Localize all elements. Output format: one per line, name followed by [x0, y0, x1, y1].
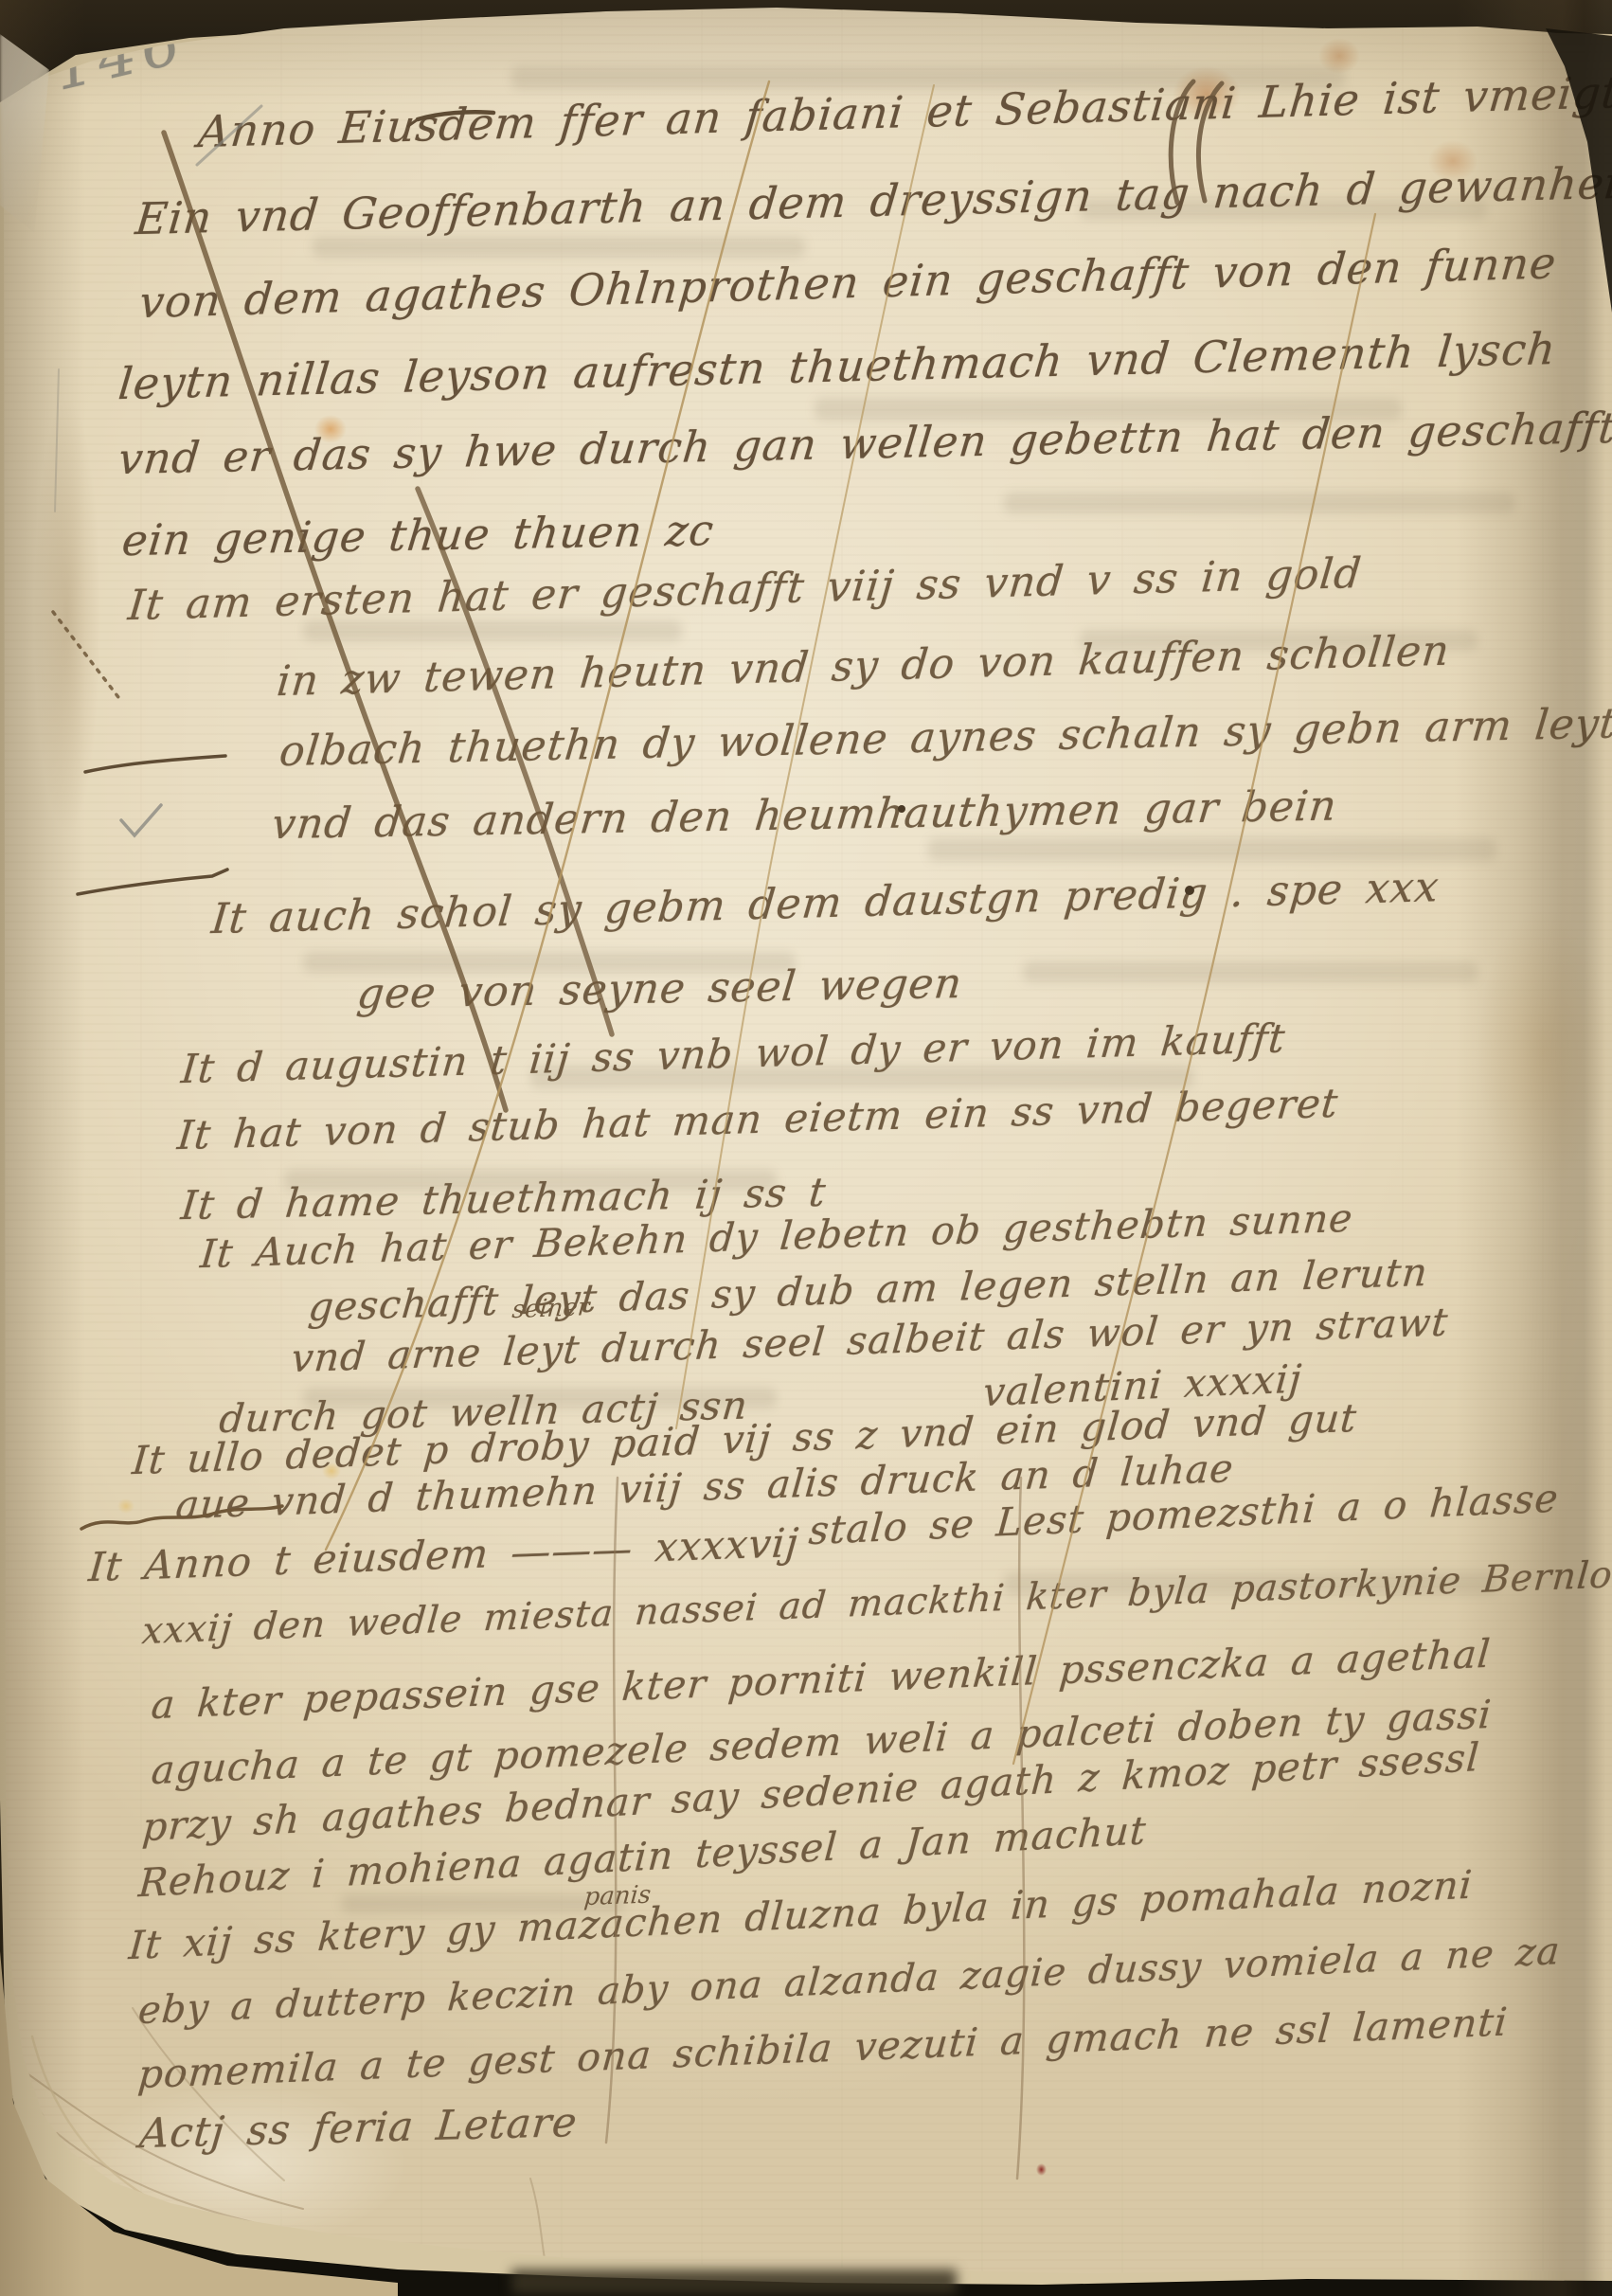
show-through [1004, 493, 1515, 513]
yellow-spot [117, 1498, 134, 1514]
left-edge-shadow [0, 0, 85, 2296]
interlinear-insertion: seiner [510, 1293, 590, 1324]
manuscript-line: ein genige thue thuen zc [119, 505, 716, 565]
interlinear-insertion: panis [582, 1881, 652, 1912]
top-edge-shadow [0, 0, 1612, 104]
red-dot [1036, 2163, 1047, 2176]
manuscript-scan: 146 Anno Eiusdem ffer an fabiani et Seba… [0, 0, 1612, 2296]
manuscript-page: 146 Anno Eiusdem ffer an fabiani et Seba… [0, 0, 1612, 2296]
show-through [313, 237, 805, 258]
gutter-shadow [1456, 0, 1612, 2296]
bottom-edge-smudge [511, 2269, 957, 2294]
show-through [1023, 961, 1478, 982]
show-through [928, 838, 1496, 861]
